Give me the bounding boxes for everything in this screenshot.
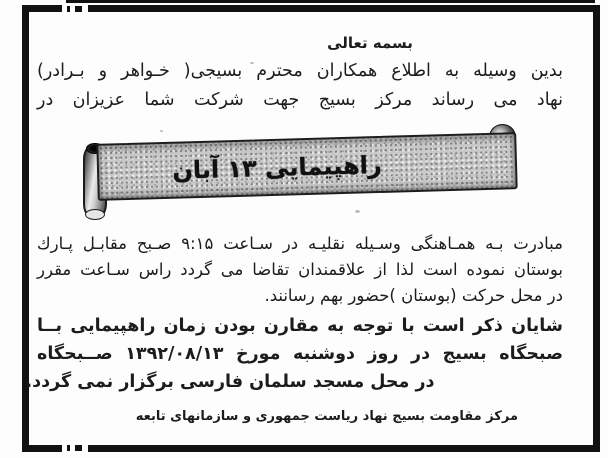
- scan-artifact-top-line: [66, 0, 595, 3]
- body-line-2: بوستان نموده است لذا از علاقمندان تقاضا …: [37, 257, 563, 283]
- bismillah-heading: بسمه تعالی: [107, 34, 608, 52]
- banner-title: راهپیمایی ۱۳ آبان: [68, 135, 485, 200]
- notice-line-2: صبحگاه بسیج در روز دوشنبه مورخ ۱۳۹۲/۰۸/۱…: [37, 340, 563, 368]
- intro-line-2: نهاد می رساند مرکز بسیج جهت شرکت شما عزی…: [37, 86, 563, 115]
- notice-line-3: در محل مسجد سلمان فارسی برگزار نمی گردد.: [0, 368, 493, 396]
- scan-artifact-dash: [67, 445, 70, 451]
- scan-artifact-dash: [75, 445, 82, 451]
- signature-line: مرکز مقاومت بسیج نهاد ریاست جمهوری و ساز…: [37, 409, 563, 424]
- scroll-banner-graphic: راهپیمایی ۱۳ آبان: [37, 123, 563, 219]
- scanned-notice-page: بسمه تعالی بدین وسیله به اطلاع همکاران م…: [0, 0, 608, 458]
- notice-paragraph: شایان ذکر است با توجه به مقارن بودن زمان…: [37, 312, 563, 396]
- notice-content: بسمه تعالی بدین وسیله به اطلاع همکاران م…: [29, 12, 588, 444]
- intro-line-1: بدین وسیله به اطلاع همکاران محترم بسیجی(…: [37, 57, 563, 86]
- body-line-1: مبادرت بـه همـاهنگی وسـیله نقلیـه در سـا…: [37, 231, 563, 257]
- scroll-band: راهپیمایی ۱۳ آبان: [96, 132, 517, 201]
- body-line-3: در محل حرکت (بوستان )حضور بهم رسانند.: [37, 283, 563, 309]
- body-paragraph: مبادرت بـه همـاهنگی وسـیله نقلیـه در سـا…: [37, 231, 563, 309]
- notice-line-1: شایان ذکر است با توجه به مقارن بودن زمان…: [37, 312, 563, 340]
